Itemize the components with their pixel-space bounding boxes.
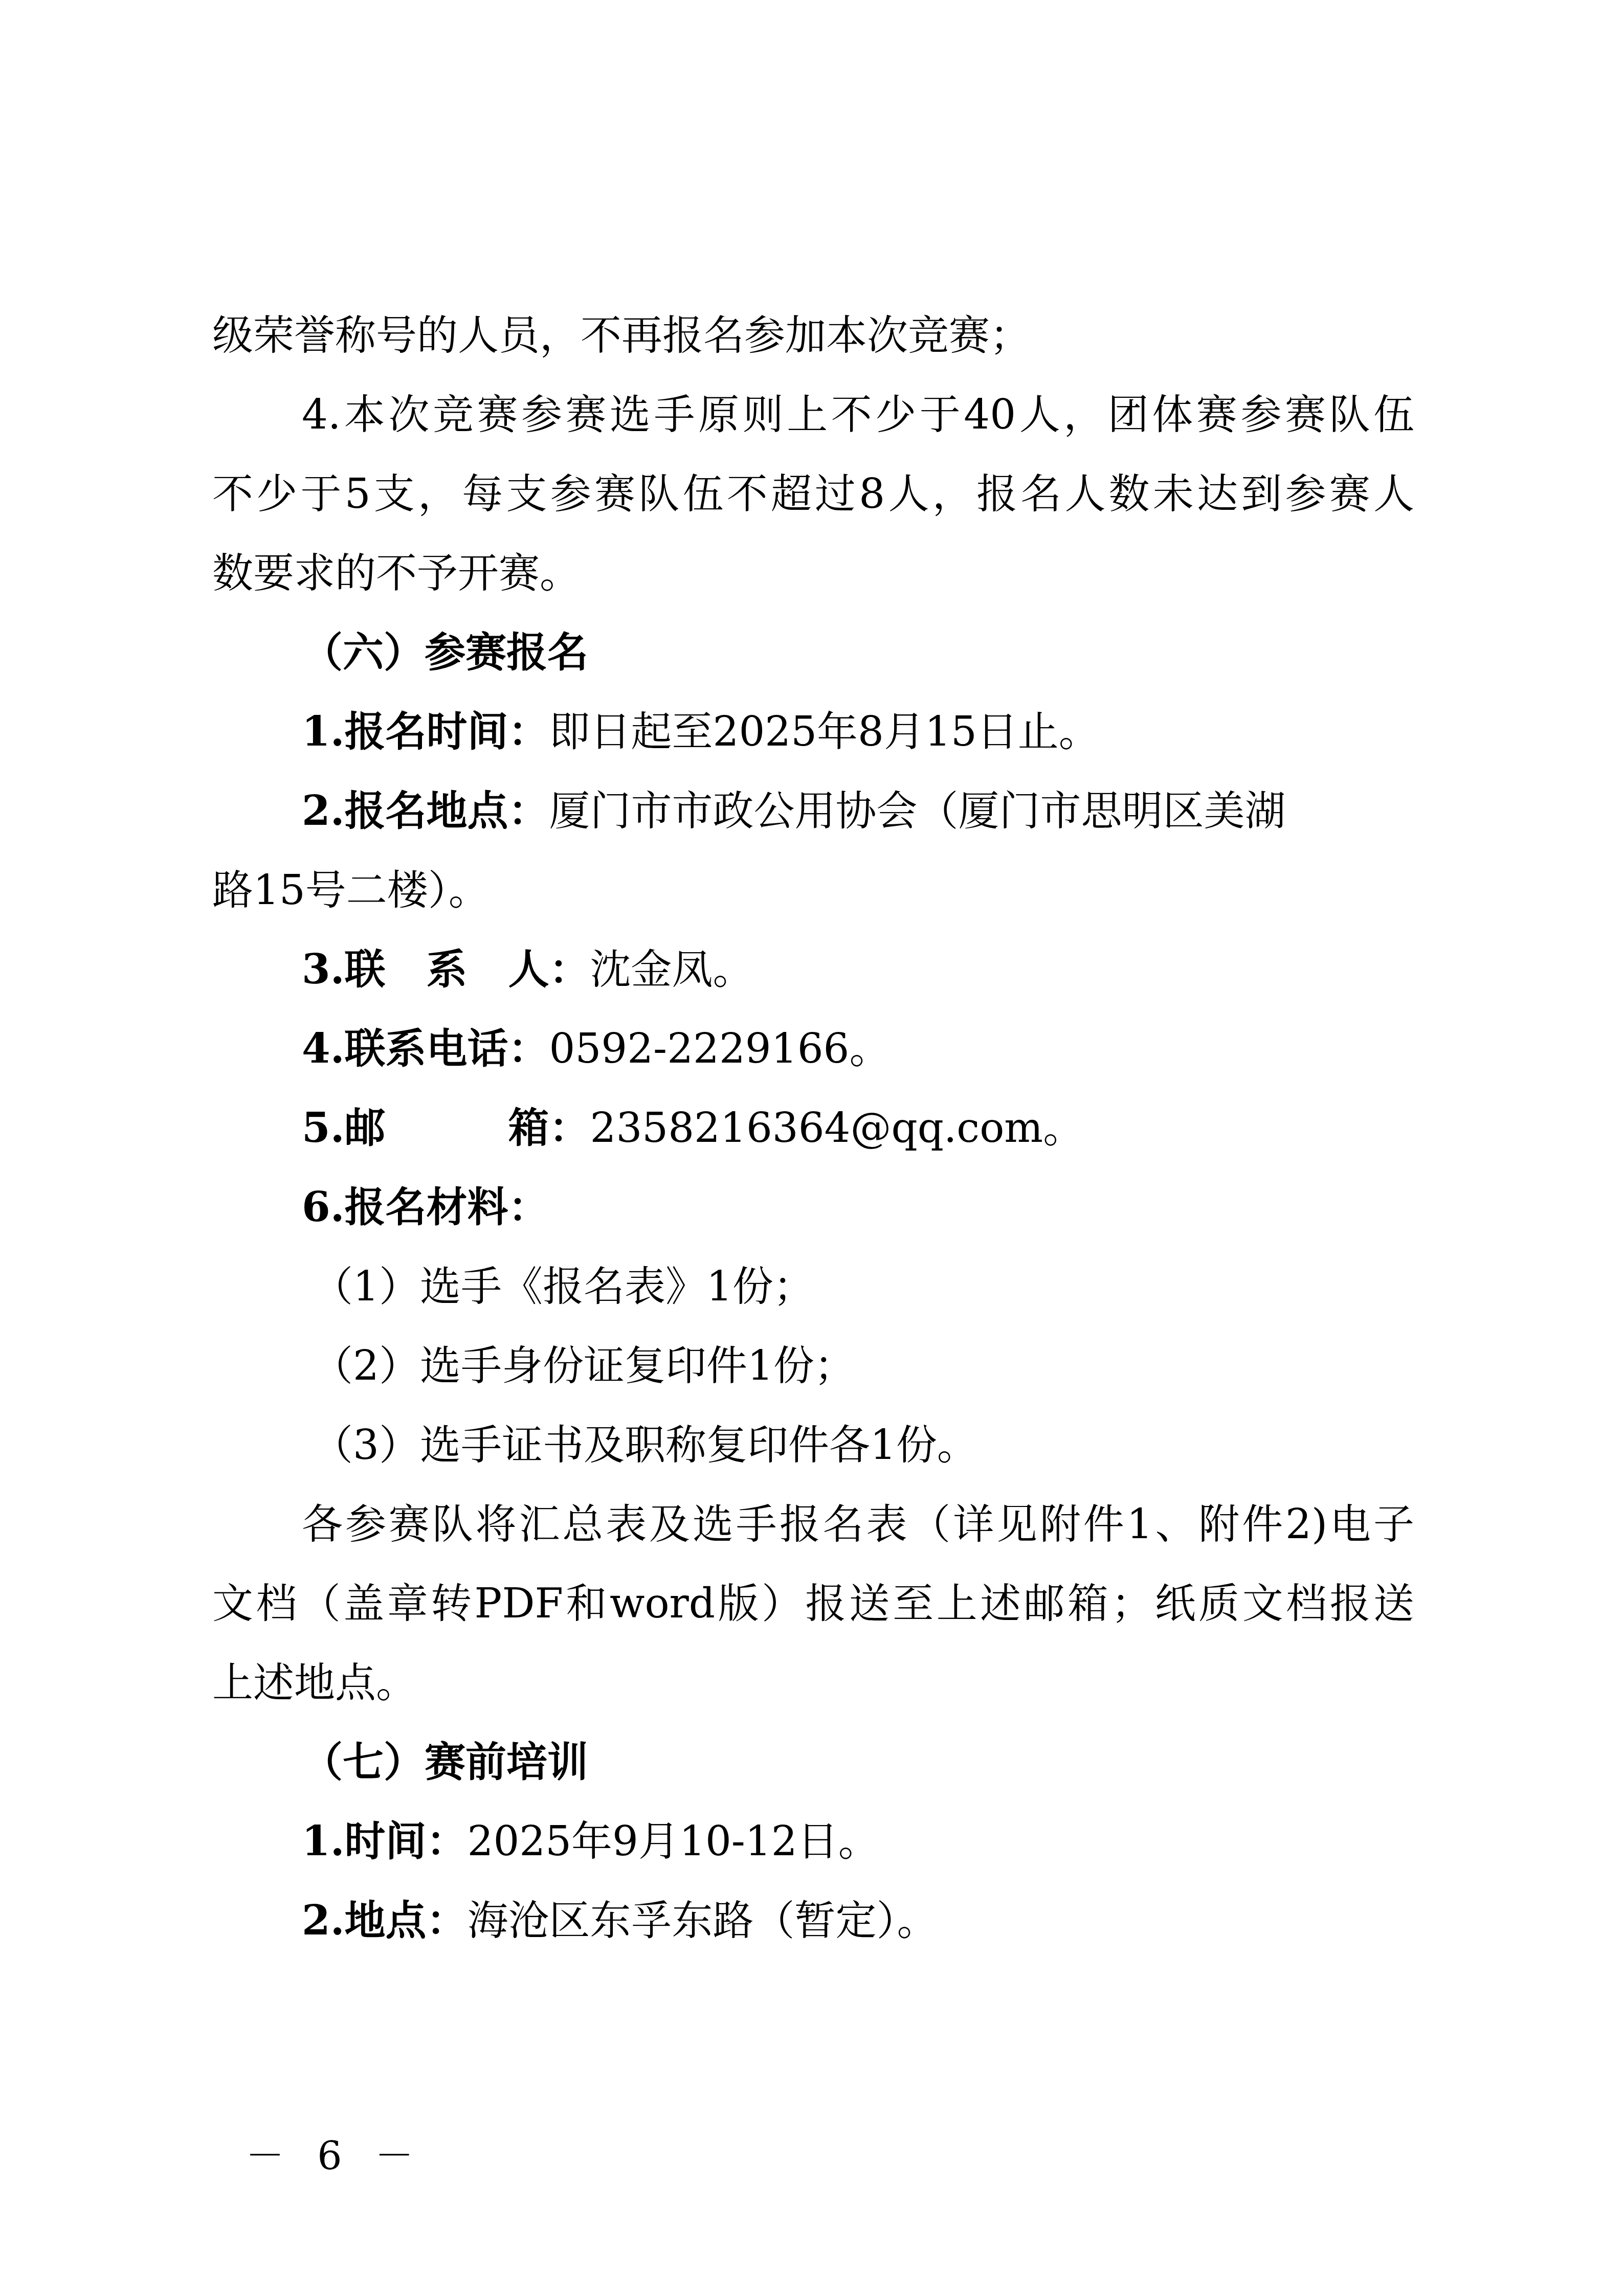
registration-location-continued: 路15号二楼）。 [212,850,1414,930]
submission-paragraph: 上述地点。 [212,1643,1414,1722]
item-value: 2025年9月10-12日。 [468,1817,879,1865]
email-value: 2358216364@qq.com。 [590,1104,1084,1152]
item-label: 2.报名地点： [302,786,549,835]
item-label: 3.联 系 人： [302,945,590,993]
paragraph-line: 不少于5支，每支参赛队伍不超过8人，报名人数未达到参赛人 [212,454,1414,533]
page-number: － 6 － [246,2125,424,2180]
item-label: 2.地点： [302,1896,468,1944]
registration-materials: 6.报名材料： [212,1167,1414,1247]
item-value: 即日起至2025年8月15日止。 [549,708,1100,755]
paragraph-line: 级荣誉称号的人员，不再报名参加本次竞赛； [212,296,1414,375]
item-value: 厦门市市政公用协会（厦门市思明区美湖 [549,787,1286,835]
document-body: 级荣誉称号的人员，不再报名参加本次竞赛； 4.本次竞赛参赛选手原则上不少于40人… [212,296,1414,1960]
item-label: 5.邮 箱： [302,1104,590,1152]
item-value: 海沧区东孚东路（暂定）。 [468,1897,938,1944]
submission-paragraph: 各参赛队将汇总表及选手报名表（详见附件1、附件2)电子 [212,1484,1414,1564]
registration-location: 2.报名地点：厦门市市政公用协会（厦门市思明区美湖 [212,771,1414,850]
contact-person: 3.联 系 人：沈金凤。 [212,930,1414,1009]
paragraph-line: 数要求的不予开赛。 [212,533,1414,613]
material-item: （3）选手证书及职称复印件各1份。 [212,1405,1414,1484]
registration-time: 1.报名时间：即日起至2025年8月15日止。 [212,692,1414,771]
submission-paragraph: 文档（盖章转PDF和word版）报送至上述邮箱；纸质文档报送 [212,1564,1414,1643]
section-heading-registration: （六）参赛报名 [212,613,1414,692]
contact-email: 5.邮 箱：2358216364@qq.com。 [212,1088,1414,1167]
item-value: 0592-2229166。 [549,1025,891,1072]
training-location: 2.地点：海沧区东孚东路（暂定）。 [212,1881,1414,1960]
item-value: 沈金凤。 [590,946,754,993]
contact-phone: 4.联系电话：0592-2229166。 [212,1009,1414,1088]
training-time: 1.时间：2025年9月10-12日。 [212,1802,1414,1881]
item-label: 4.联系电话： [302,1024,549,1072]
item-label: 1.报名时间： [302,707,549,755]
paragraph-line: 4.本次竞赛参赛选手原则上不少于40人，团体赛参赛队伍 [212,375,1414,454]
section-heading-training: （七）赛前培训 [212,1722,1414,1802]
material-item: （2）选手身份证复印件1份； [212,1326,1414,1405]
material-item: （1）选手《报名表》1份； [212,1247,1414,1326]
item-label: 1.时间： [302,1817,468,1865]
item-label: 6.报名材料： [302,1183,549,1231]
